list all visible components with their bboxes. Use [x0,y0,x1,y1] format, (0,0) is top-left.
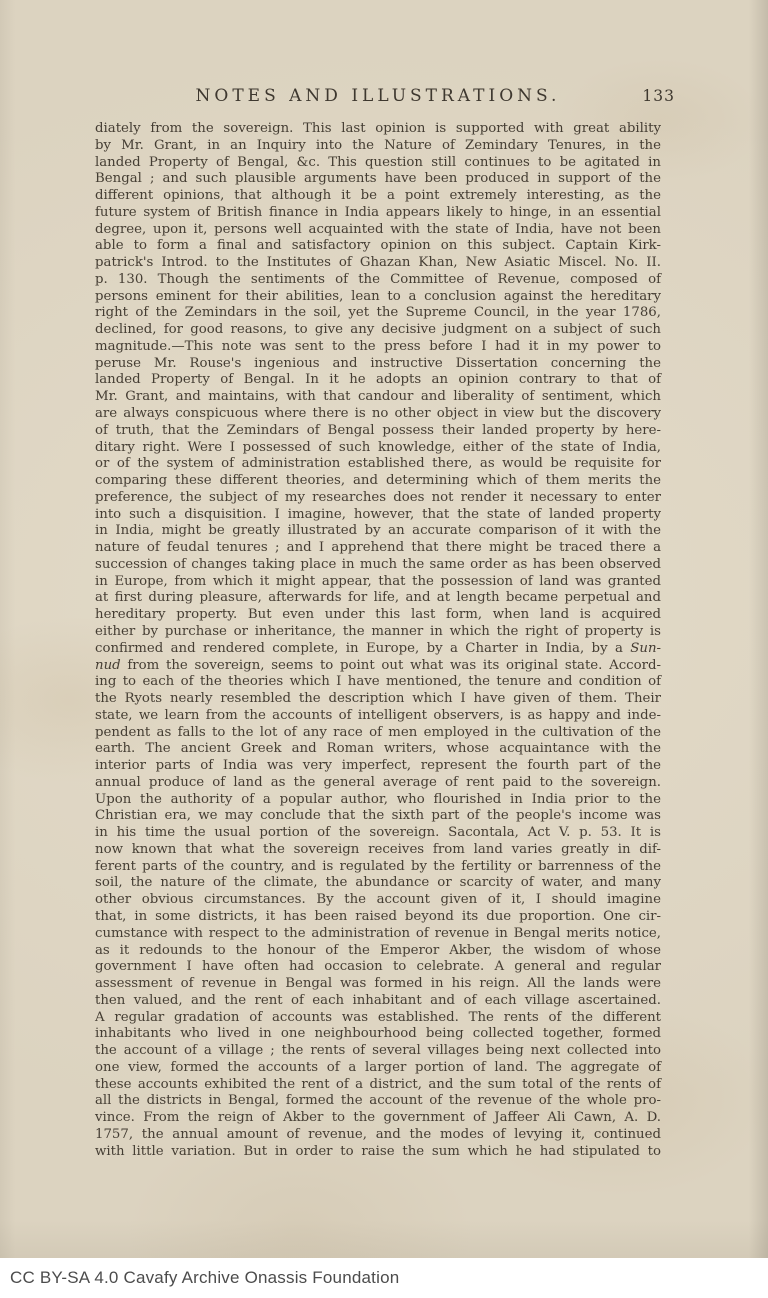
text-line: by Mr. Grant, in an Inquiry into the Nat… [95,138,661,155]
text-line: degree, upon it, persons well acquainted… [95,222,661,239]
text-line: ditary right. Were I possessed of such k… [95,440,661,457]
text-line: pendent as falls to the lot of any race … [95,725,661,742]
text-line: at first during pleasure, afterwards for… [95,590,661,607]
text-line: declined, for good reasons, to give any … [95,322,661,339]
text-line: preference, the subject of my researches… [95,490,661,507]
text-line: hereditary property. But even under this… [95,607,661,624]
text-line: other obvious circumstances. By the acco… [95,892,661,909]
text-line: confirmed and rendered complete, in Euro… [95,641,661,658]
text-line: in his time the usual portion of the sov… [95,825,661,842]
text-line: peruse Mr. Rouse's ingenious and instruc… [95,356,661,373]
text-line: persons eminent for their abilities, lea… [95,289,661,306]
license-footer: CC BY-SA 4.0 Cavafy Archive Onassis Foun… [0,1258,768,1298]
text-line: landed Property of Bengal, &c. This ques… [95,155,661,172]
text-line: comparing these different theories, and … [95,473,661,490]
text-line: the Ryots nearly resembled the descripti… [95,691,661,708]
text-line: Bengal ; and such plausible arguments ha… [95,171,661,188]
text-line: landed Property of Bengal. In it he adop… [95,372,661,389]
text-line: nature of feudal tenures ; and I apprehe… [95,540,661,557]
text-line: magnitude.—This note was sent to the pre… [95,339,661,356]
text-line: one view, formed the accounts of a large… [95,1060,661,1077]
text-line: either by purchase or inheritance, the m… [95,624,661,641]
text-line: in Europe, from which it might appear, t… [95,574,661,591]
text-line: assessment of revenue in Bengal was form… [95,976,661,993]
text-line: annual produce of land as the general av… [95,775,661,792]
text-line: p. 130. Though the sentiments of the Com… [95,272,661,289]
text-line: A regular gradation of accounts was esta… [95,1010,661,1027]
text-line: right of the Zemindars in the soil, yet … [95,305,661,322]
text-line: different opinions, that although it be … [95,188,661,205]
text-line: inhabitants who lived in one neighbourho… [95,1026,661,1043]
text-line: patrick's Introd. to the Institutes of G… [95,255,661,272]
running-head-title: NOTES AND ILLUSTRATIONS. [95,86,661,106]
text-line: or of the system of administration estab… [95,456,661,473]
text-line: Mr. Grant, and maintains, with that cand… [95,389,661,406]
book-page-scan: NOTES AND ILLUSTRATIONS. 133 diately fro… [0,0,768,1258]
text-line: the account of a village ; the rents of … [95,1043,661,1060]
text-line: ing to each of the theories which I have… [95,674,661,691]
text-line: earth. The ancient Greek and Roman write… [95,741,661,758]
text-line: state, we learn from the accounts of int… [95,708,661,725]
text-line: in India, might be greatly illustrated b… [95,523,661,540]
text-line: 1757, the annual amount of revenue, and … [95,1127,661,1144]
text-line: future system of British finance in Indi… [95,205,661,222]
page-number: 133 [642,87,675,105]
text-line: soil, the nature of the climate, the abu… [95,875,661,892]
text-line: into such a disquisition. I imagine, how… [95,507,661,524]
text-line: cumstance with respect to the administra… [95,926,661,943]
license-text: CC BY-SA 4.0 Cavafy Archive Onassis Foun… [0,1268,399,1288]
text-line: ferent parts of the country, and is regu… [95,859,661,876]
text-line: Christian era, we may conclude that the … [95,808,661,825]
text-line: are always conspicuous where there is no… [95,406,661,423]
text-line: diately from the sovereign. This last op… [95,121,661,138]
text-line: government I have often had occasion to … [95,959,661,976]
text-line: then valued, and the rent of each inhabi… [95,993,661,1010]
text-line: succession of changes taking place in mu… [95,557,661,574]
text-line: now known that what the sovereign receiv… [95,842,661,859]
text-line: with little variation. But in order to r… [95,1144,661,1161]
document-page: NOTES AND ILLUSTRATIONS. 133 diately fro… [0,0,768,1298]
text-line: Upon the authority of a popular author, … [95,792,661,809]
running-head: NOTES AND ILLUSTRATIONS. 133 [95,86,661,108]
text-line: able to form a final and satisfactory op… [95,238,661,255]
text-line: as it redounds to the honour of the Empe… [95,943,661,960]
text-line: interior parts of India was very imperfe… [95,758,661,775]
text-line: vince. From the reign of Akber to the go… [95,1110,661,1127]
text-line: these accounts exhibited the rent of a d… [95,1077,661,1094]
text-line: nud from the sovereign, seems to point o… [95,658,661,675]
text-line: that, in some districts, it has been rai… [95,909,661,926]
text-line: of truth, that the Zemindars of Bengal p… [95,423,661,440]
text-line: all the districts in Bengal, formed the … [95,1093,661,1110]
body-text: diately from the sovereign. This last op… [95,121,661,1160]
